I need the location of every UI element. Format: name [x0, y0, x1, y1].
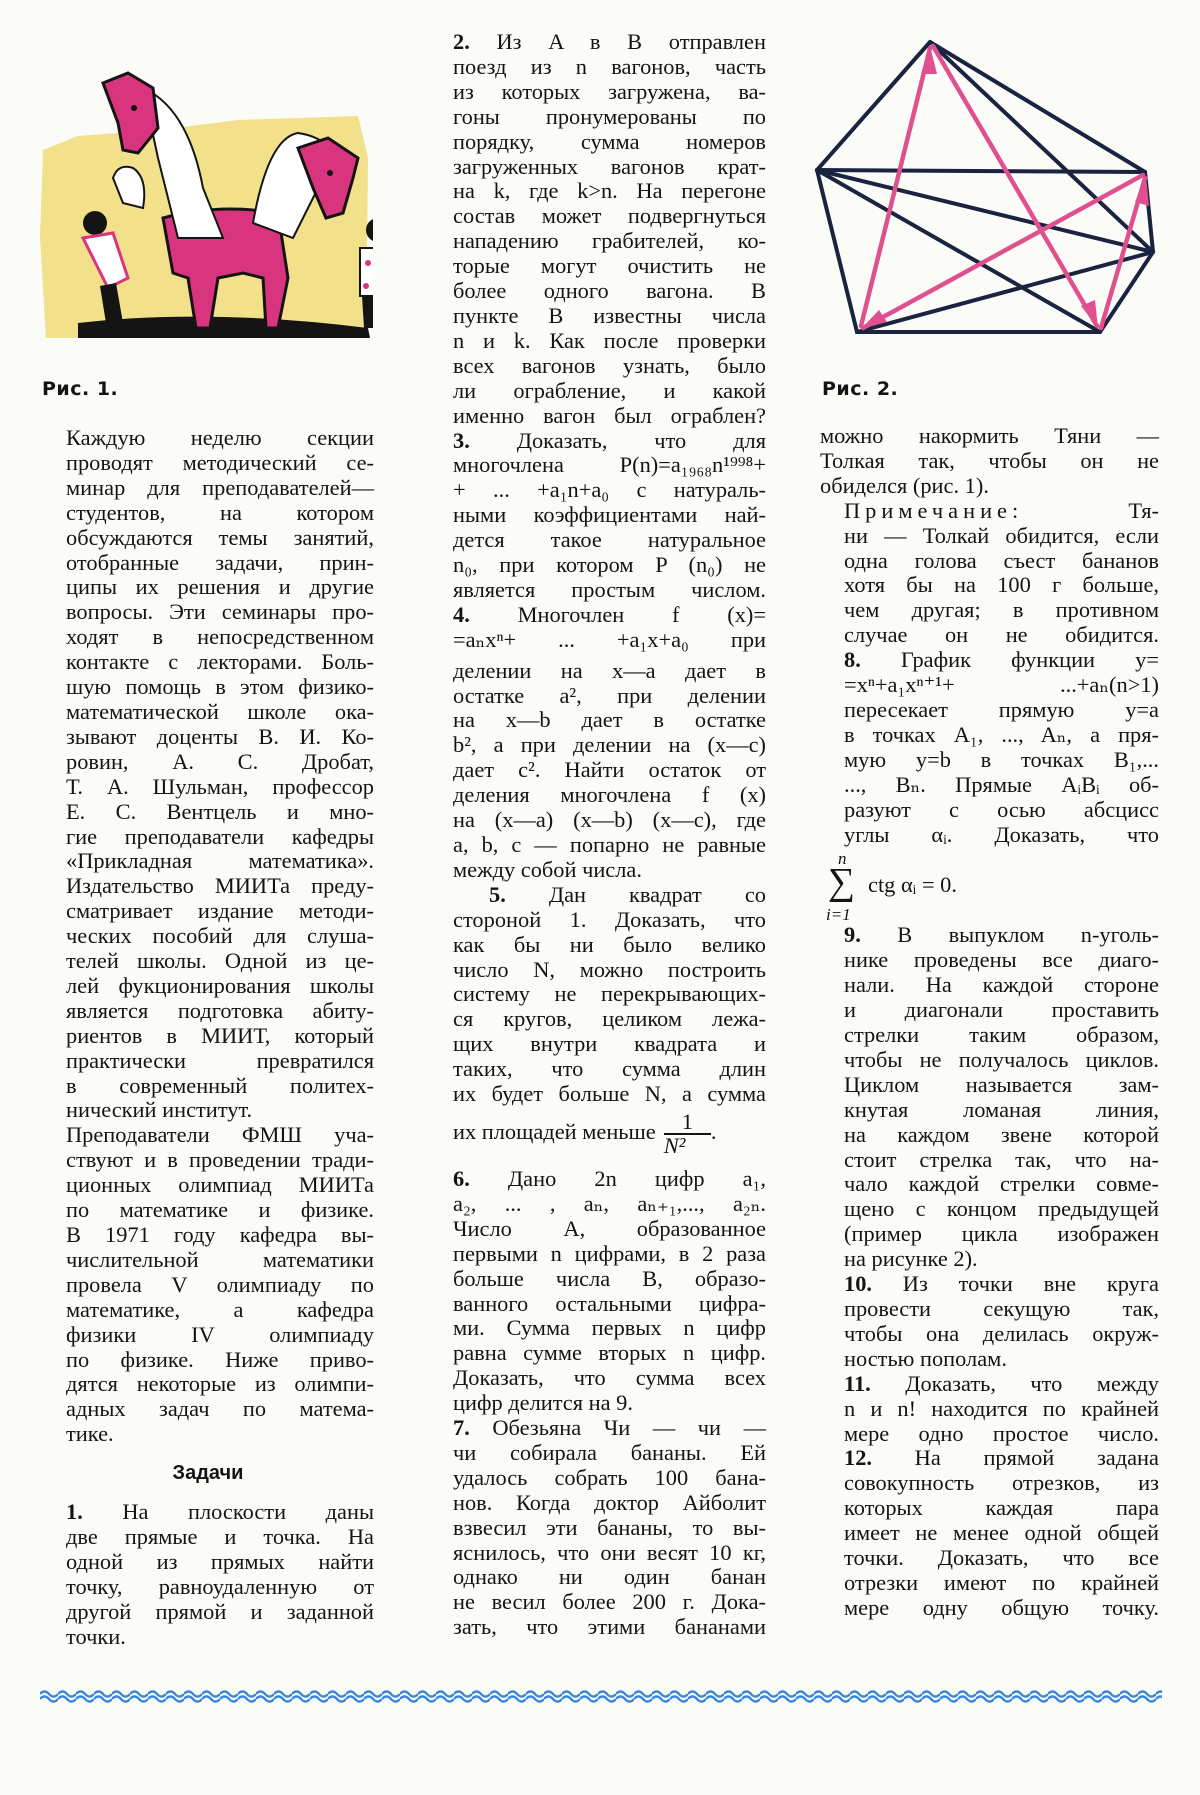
- text-line: телей школы. Одной из це-: [42, 949, 374, 974]
- text-line: дает c². Найти остаток от: [429, 758, 766, 783]
- text-line: на каждом звене которой: [820, 1123, 1159, 1148]
- text-line: 1. На плоскости даны: [42, 1500, 374, 1525]
- text-line: в точках A₁, ..., Aₙ, а пря-: [820, 723, 1159, 748]
- text-line: систему не перекрывающих-: [429, 982, 766, 1007]
- problem-number: 5.: [489, 882, 506, 907]
- text-line: ми. Сумма первых n цифр: [429, 1316, 766, 1341]
- text-line: точку, равноудаленную от: [42, 1575, 374, 1600]
- text-line: зать, что этими бананами: [429, 1615, 766, 1640]
- text-line: сматривает издание методи-: [42, 899, 374, 924]
- summation-formula: n ∑ ctg αᵢ = 0. i=1: [820, 847, 1159, 923]
- text-line: a, b, c — попарно не равные: [429, 833, 766, 858]
- problem-7: 7. Обезьяна Чи — чи — чи собирала бананы…: [429, 1416, 766, 1640]
- text-line: углы αᵢ. Доказать, что: [820, 823, 1159, 848]
- text-line: яснилось, что они весят 10 кг,: [429, 1541, 766, 1566]
- fraction-1-over-N-squared: 1N²: [664, 1111, 711, 1157]
- text-line: 7. Обезьяна Чи — чи —: [429, 1416, 766, 1441]
- text-line: провела V олимпиаду по: [42, 1273, 374, 1298]
- problem-12: 12. На прямой задана совокупность отрезк…: [820, 1446, 1159, 1620]
- text-line: Примечание: Тя-: [820, 499, 1159, 524]
- section-title-problems: Задачи: [42, 1461, 374, 1486]
- sigma-symbol: ∑: [828, 863, 855, 901]
- problem-number: 2.: [453, 29, 470, 54]
- text-line: провести секущую так,: [820, 1297, 1159, 1322]
- text-line: контакте с лекторами. Боль-: [42, 650, 374, 675]
- text-line: Т. А. Шульман, профессор: [42, 775, 374, 800]
- text-line: ся кругов, целиком лежа-: [429, 1007, 766, 1032]
- text-line: ческих пособий для слуша-: [42, 924, 374, 949]
- problem-6: 6. Дано 2n цифр a₁, a₂, ... , aₙ, aₙ₊₁,.…: [429, 1167, 766, 1416]
- text-line: ..., Bₙ. Прямые AᵢBᵢ об-: [820, 773, 1159, 798]
- text-line: стрелки таким образом,: [820, 1023, 1159, 1048]
- text-line: многочлена P(n)=a₁₉₆₈n¹⁹⁹⁸+: [429, 453, 766, 478]
- text-line: по математике и физике.: [42, 1198, 374, 1223]
- figure-2-caption: Рис. 2.: [822, 378, 898, 400]
- text-line: две прямые и точка. На: [42, 1525, 374, 1550]
- text-line: поезд из n вагонов, часть: [429, 55, 766, 80]
- text-line: первыми n цифрами, в 2 раза: [429, 1242, 766, 1267]
- right-column: можно накормить Тяни — Толкая так, чтобы…: [820, 424, 1159, 1621]
- text-line: одной из прямых найти: [42, 1550, 374, 1575]
- left-column: Каждую неделю секции проводят методическ…: [42, 426, 374, 1650]
- text-line: имеет не менее одной общей: [820, 1521, 1159, 1546]
- text-line: состав может подвергнуться: [429, 204, 766, 229]
- text-line: 10. Из точки вне круга: [820, 1272, 1159, 1297]
- text-line: точки. Доказать, что все: [820, 1546, 1159, 1571]
- text-line: и диагонали проставить: [820, 998, 1159, 1023]
- text-line: на x—b дает в остатке: [429, 708, 766, 733]
- text-line: является подготовка абиту-: [42, 999, 374, 1024]
- text-line: разуют с осью абсцисс: [820, 798, 1159, 823]
- text-line: ными коэффициентами най-: [429, 503, 766, 528]
- text-line: n и n! находится по крайней: [820, 1397, 1159, 1422]
- text-line: риентов в МИИТ, который: [42, 1024, 374, 1049]
- text-line: мере одну общую точку.: [820, 1596, 1159, 1621]
- text-line: гоны пронумерованы по: [429, 105, 766, 130]
- text-line: одна голова съест бананов: [820, 549, 1159, 574]
- text-line: равна сумме вторых n цифр.: [429, 1341, 766, 1366]
- text-line: щих внутри квадрата и: [429, 1032, 766, 1057]
- text-line: ли ограбление, и какой: [429, 379, 766, 404]
- text-line: щено с концом предыдущей: [820, 1197, 1159, 1222]
- text-line: цифр делится на 9.: [429, 1391, 766, 1416]
- text-line: 4. Многочлен f (x)=: [429, 603, 766, 628]
- problem-10: 10. Из точки вне круга провести секущую …: [820, 1272, 1159, 1372]
- text-line: n₀, при котором P (n₀) не: [429, 553, 766, 578]
- text-line: можно накормить Тяни —: [820, 424, 1159, 449]
- text-line: чтобы она делилась окруж-: [820, 1322, 1159, 1347]
- note-label: Примечание:: [844, 498, 1023, 523]
- problem-2: 2. Из A в B отправлен поезд из n вагонов…: [429, 30, 766, 429]
- text-line: на k, где k>n. На перегоне: [429, 179, 766, 204]
- text-line: кнутая ломаная линия,: [820, 1098, 1159, 1123]
- problem-number: 10.: [844, 1271, 872, 1296]
- text-line: математике, а кафедра: [42, 1298, 374, 1323]
- text-line: нический институт.: [42, 1098, 374, 1123]
- problem-number: 4.: [453, 602, 470, 627]
- problem-9: 9. В выпуклом n-уголь- нике проведены вс…: [820, 923, 1159, 1272]
- figure-2-pentagon-diagram: [805, 30, 1185, 350]
- text-line: мере одно простое число.: [820, 1422, 1159, 1447]
- problem-number: 1.: [66, 1499, 83, 1524]
- problem-number: 11.: [844, 1371, 871, 1396]
- pentagon-cycle-diagram: [805, 30, 1185, 350]
- text-line: ванного остальными цифра-: [429, 1292, 766, 1317]
- text-line: ходят в непосредственном: [42, 625, 374, 650]
- text-line: между собой числа.: [429, 858, 766, 883]
- text-line: дется такое натуральное: [429, 528, 766, 553]
- text-line: 6. Дано 2n цифр a₁,: [429, 1167, 766, 1192]
- text-line: числительной математики: [42, 1248, 374, 1273]
- text-line: ционных олимпиад МИИТа: [42, 1173, 374, 1198]
- text-line: В 1971 году кафедра вы-: [42, 1223, 374, 1248]
- text-line: 12. На прямой задана: [820, 1446, 1159, 1471]
- text-line: n и k. Как после проверки: [429, 329, 766, 354]
- text-line: + ... +a₁n+a₀ с натураль-: [429, 478, 766, 503]
- text-line: в современный политех-: [42, 1074, 374, 1099]
- middle-column: 2. Из A в B отправлен поезд из n вагонов…: [429, 30, 766, 1640]
- text-line: Е. С. Вентцель и мно-: [42, 800, 374, 825]
- text-line: шую помощь в этом физико-: [42, 675, 374, 700]
- text-line: как бы ни было велико: [429, 933, 766, 958]
- text-line: обсуждаются темы занятий,: [42, 526, 374, 551]
- text-line: Каждую неделю секции: [42, 426, 374, 451]
- text-line: взвесил эти бананы, то вы-: [429, 1516, 766, 1541]
- text-line: проводят методический се-: [42, 451, 374, 476]
- text-line: хотя бы на 100 г больше,: [820, 573, 1159, 598]
- text-line: 3. Доказать, что для: [429, 429, 766, 454]
- text-line: нападению грабителей, ко-: [429, 229, 766, 254]
- text-line: число N, можно построить: [429, 958, 766, 983]
- text-line: больше числа B, образо-: [429, 1267, 766, 1292]
- text-line: практически превратился: [42, 1049, 374, 1074]
- text-line: физики IV олимпиаду: [42, 1323, 374, 1348]
- text-line: торые могут очистить не: [429, 254, 766, 279]
- text-line: ни — Толкай обидится, если: [820, 524, 1159, 549]
- wavy-divider-decoration: [40, 1688, 1162, 1704]
- text-line: Толкая так, чтобы он не: [820, 449, 1159, 474]
- text-line: нике проведены все диаго-: [820, 948, 1159, 973]
- text-line: студентов, на котором: [42, 501, 374, 526]
- text-line: (пример цикла изображен: [820, 1222, 1159, 1247]
- text-line: лей фукционирования школы: [42, 974, 374, 999]
- figure-1-caption: Рис. 1.: [42, 378, 118, 400]
- text-line: совокупность отрезков, из: [820, 1471, 1159, 1496]
- problem-4: 4. Многочлен f (x)= =aₙxⁿ+ ... +a₁x+a₀ п…: [429, 603, 766, 883]
- text-line: их будет больше N, а сумма: [429, 1082, 766, 1107]
- text-line: чало каждой стрелки совме-: [820, 1172, 1159, 1197]
- problem-1: 1. На плоскости даны две прямые и точка.…: [42, 1500, 374, 1649]
- text-line: пункте B известны числа: [429, 304, 766, 329]
- problem-number: 6.: [453, 1166, 470, 1191]
- text-line: a₂, ... , aₙ, aₙ₊₁,..., a₂ₙ.: [429, 1192, 766, 1217]
- text-line: 9. В выпуклом n-уголь-: [820, 923, 1159, 948]
- text-line: 8. График функции y=: [820, 648, 1159, 673]
- text-line: ципы их решения и другие: [42, 575, 374, 600]
- text-line: =xⁿ+a₁xⁿ⁺¹+ ...+aₙ(n>1): [820, 673, 1159, 698]
- text-line: отрезки имеют по крайней: [820, 1571, 1159, 1596]
- problem-3: 3. Доказать, что для многочлена P(n)=a₁₉…: [429, 429, 766, 603]
- problem-number: 12.: [844, 1445, 872, 1470]
- text-line: Преподаватели ФМШ уча-: [42, 1123, 374, 1148]
- text-line: мую y=b в точках B₁,...: [820, 748, 1159, 773]
- text-line: ствуют и в проведении тради-: [42, 1148, 374, 1173]
- problem-11: 11. Доказать, что между n и n! находится…: [820, 1372, 1159, 1447]
- text-line: делении на x—a дает в: [429, 659, 766, 684]
- text-line: удалось собрать 100 бана-: [429, 1466, 766, 1491]
- text-line: адных задач по матема-: [42, 1397, 374, 1422]
- text-line: 5. Дан квадрат со: [429, 883, 766, 908]
- text-line: загруженных вагонов крат-: [429, 155, 766, 180]
- text-line: является простым числом.: [429, 578, 766, 603]
- text-line: именно вагон был ограблен?: [429, 404, 766, 429]
- text-line: =aₙxⁿ+ ... +a₁x+a₀ при: [429, 628, 766, 653]
- text-line: стороной 1. Доказать, что: [429, 908, 766, 933]
- olympiad-paragraph: Преподаватели ФМШ уча- ствуют и в провед…: [42, 1123, 374, 1447]
- text-line: деления многочлена f (x): [429, 783, 766, 808]
- text-line: которых каждая пара: [820, 1496, 1159, 1521]
- text-line: точки.: [42, 1625, 374, 1650]
- text-line: обиделся (рис. 1).: [820, 474, 1159, 499]
- two-headed-horse-illustration: [38, 38, 373, 338]
- text-line: Доказать, что сумма всех: [429, 1366, 766, 1391]
- text-line: зывают доценты В. И. Ко-: [42, 725, 374, 750]
- text-line: на рисунке 2).: [820, 1247, 1159, 1272]
- intro-paragraph: Каждую неделю секции проводят методическ…: [42, 426, 374, 1123]
- text-line: таких, что сумма длин: [429, 1057, 766, 1082]
- text-line: случае он не обидится.: [820, 623, 1159, 648]
- text-line: по физике. Ниже приво-: [42, 1348, 374, 1373]
- problem-8: 8. График функции y= =xⁿ+a₁xⁿ⁺¹+ ...+aₙ(…: [820, 648, 1159, 847]
- problem-7-continued: можно накормить Тяни — Толкая так, чтобы…: [820, 424, 1159, 499]
- problem-number: 3.: [453, 428, 470, 453]
- text-line: из которых загружена, ва-: [429, 80, 766, 105]
- text-line: 2. Из A в B отправлен: [429, 30, 766, 55]
- text-line: дятся некоторые из олимпи-: [42, 1372, 374, 1397]
- text-line: чтобы не получалось циклов.: [820, 1048, 1159, 1073]
- text-line: отобранные задачи, прин-: [42, 551, 374, 576]
- text-line: на (x—a) (x—b) (x—c), где: [429, 808, 766, 833]
- problem-number: 7.: [453, 1415, 470, 1440]
- text-line: вопросы. Эти семинары про-: [42, 600, 374, 625]
- text-line: ровин, А. С. Дробат,: [42, 750, 374, 775]
- figure-1-illustration: [38, 38, 373, 338]
- text-line: минар для преподавателей—: [42, 476, 374, 501]
- text-line: однако ни один банан: [429, 1565, 766, 1590]
- text-line: чем другая; в противном: [820, 598, 1159, 623]
- text-line: 11. Доказать, что между: [820, 1372, 1159, 1397]
- text-line: более одного вагона. В: [429, 279, 766, 304]
- text-line: b², а при делении на (x—c): [429, 733, 766, 758]
- text-line: стоит стрелка так, что на-: [820, 1148, 1159, 1173]
- text-line: всех вагонов узнать, было: [429, 354, 766, 379]
- note-paragraph: Примечание: Тя- ни — Толкай обидится, ес…: [820, 499, 1159, 648]
- text-line: нали. На каждой стороне: [820, 973, 1159, 998]
- text-line: чи собирала бананы. Ей: [429, 1441, 766, 1466]
- text-line: «Прикладная математика».: [42, 849, 374, 874]
- problem-5: 5. Дан квадрат со стороной 1. Доказать, …: [429, 883, 766, 1157]
- text-line: Циклом называется зам-: [820, 1073, 1159, 1098]
- text-line: Число A, образованное: [429, 1217, 766, 1242]
- text-line: Издательство МИИТа преду-: [42, 874, 374, 899]
- text-line: математической школе ока-: [42, 700, 374, 725]
- text-line: не весил более 200 г. Дока-: [429, 1590, 766, 1615]
- text-line: пересекает прямую y=a: [820, 698, 1159, 723]
- text-line: тике.: [42, 1422, 374, 1447]
- text-line: нов. Когда доктор Айболит: [429, 1491, 766, 1516]
- text-line: другой прямой и заданной: [42, 1600, 374, 1625]
- text-line: гие преподаватели кафедры: [42, 825, 374, 850]
- text-line-with-fraction: их площадей меньше1N².: [429, 1111, 766, 1157]
- text-line: остатке a², при делении: [429, 684, 766, 709]
- text-line: ностью пополам.: [820, 1347, 1159, 1372]
- text-line: порядку, сумма номеров: [429, 130, 766, 155]
- problem-number: 8.: [844, 647, 861, 672]
